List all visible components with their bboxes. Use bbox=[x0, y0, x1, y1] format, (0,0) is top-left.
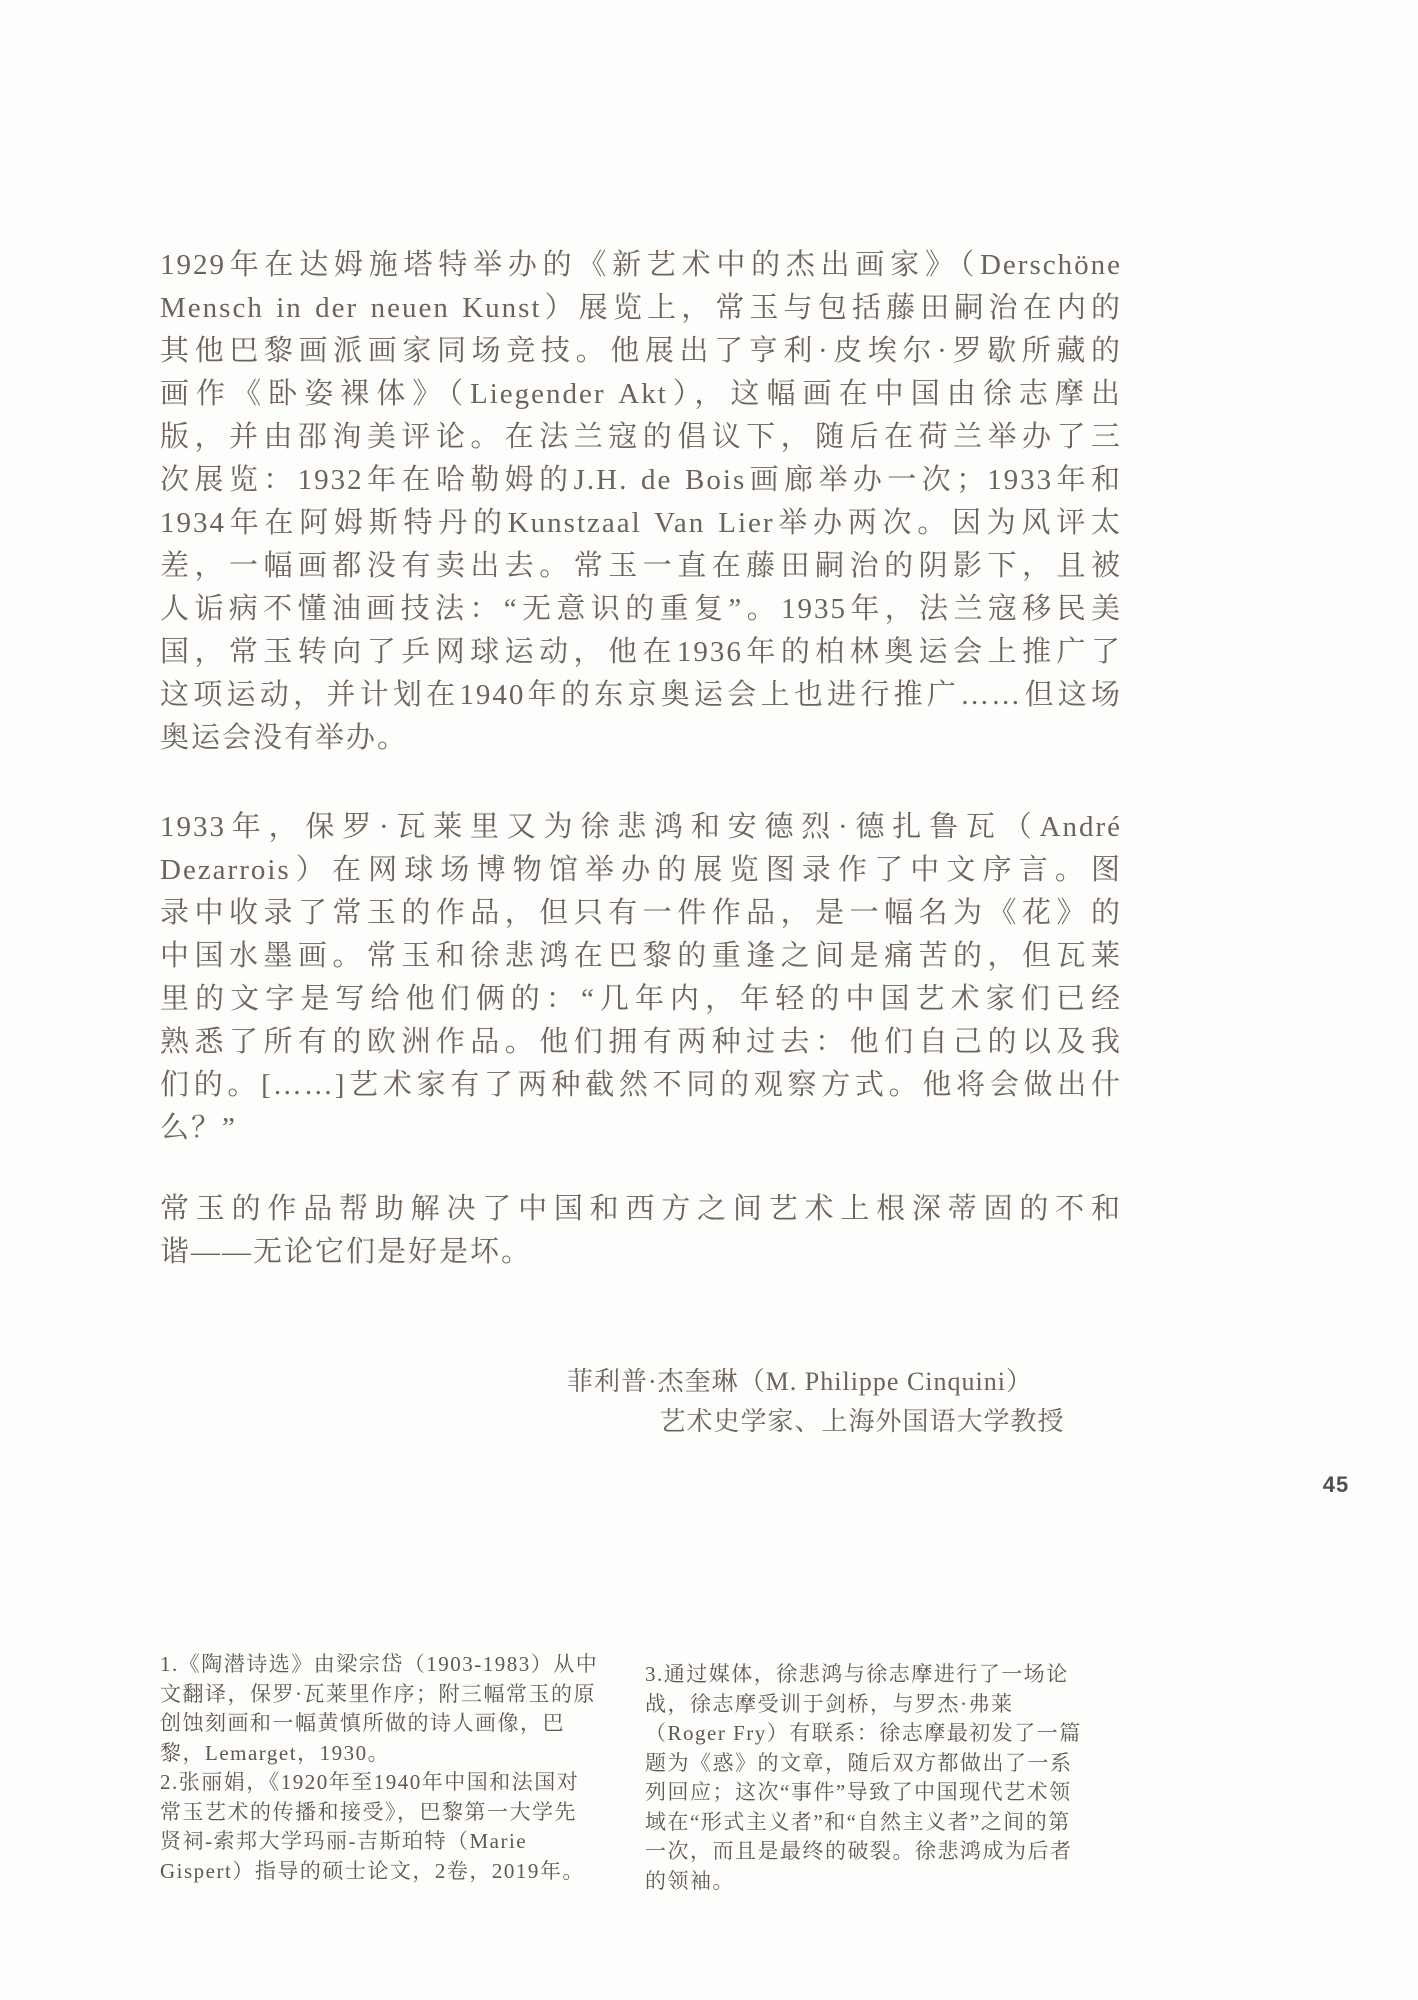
footnote-line: 的领袖。 bbox=[645, 1867, 1125, 1897]
footnote-line: Gispert）指导的硕士论文，2卷，2019年。 bbox=[160, 1857, 640, 1887]
paragraph-line: 国，常玉转向了乒网球运动，他在1936年的柏林奥运会上推广了 bbox=[160, 631, 1122, 674]
paragraph-line: 中国水墨画。常玉和徐悲鸿在巴黎的重逢之间是痛苦的，但瓦莱 bbox=[160, 935, 1122, 978]
author-name: 菲利普·杰奎琳（M. Philippe Cinquini） bbox=[520, 1362, 1080, 1402]
footnote-line: 3.通过媒体，徐悲鸿与徐志摩进行了一场论 bbox=[645, 1660, 1125, 1690]
footnote-line: 题为《惑》的文章，随后双方都做出了一系 bbox=[645, 1749, 1125, 1779]
footnote-line: 2.张丽娟，《1920年至1940年中国和法国对 bbox=[160, 1768, 640, 1798]
paragraph-line: 熟悉了所有的欧洲作品。他们拥有两种过去：他们自己的以及我 bbox=[160, 1021, 1122, 1064]
footnote-line: 域在“形式主义者”和“自然主义者”之间的第 bbox=[645, 1808, 1125, 1838]
footnote-line: 贤祠-索邦大学玛丽-吉斯珀特（Marie bbox=[160, 1827, 640, 1857]
paragraph-line: 奥运会没有举办。 bbox=[160, 717, 1122, 760]
page-number: 45 bbox=[1312, 1472, 1360, 1498]
paragraph-line: 画作《卧姿裸体》（Liegender Akt），这幅画在中国由徐志摩出 bbox=[160, 373, 1122, 416]
footnote-line: 一次，而且是最终的破裂。徐悲鸿成为后者 bbox=[645, 1837, 1125, 1867]
paragraph-line: 次展览：1932年在哈勒姆的J.H. de Bois画廊举办一次；1933年和 bbox=[160, 459, 1122, 502]
footnote-line: 列回应；这次“事件”导致了中国现代艺术领 bbox=[645, 1778, 1125, 1808]
paragraph-line: 其他巴黎画派画家同场竞技。他展出了亨利·皮埃尔·罗歇所藏的 bbox=[160, 330, 1122, 373]
footnote-line: 文翻译，保罗·瓦莱里作序；附三幅常玉的原 bbox=[160, 1680, 640, 1710]
paragraph-line: 1933年，保罗·瓦莱里又为徐悲鸿和安德烈·德扎鲁瓦（André bbox=[160, 806, 1122, 849]
paragraph-line: 这项运动，并计划在1940年的东京奥运会上也进行推广……但这场 bbox=[160, 674, 1122, 717]
paragraph-line: 录中收录了常玉的作品，但只有一件作品，是一幅名为《花》的 bbox=[160, 892, 1122, 935]
author-title: 艺术史学家、上海外国语大学教授 bbox=[582, 1402, 1142, 1442]
paragraph-line: Dezarrois）在网球场博物馆举办的展览图录作了中文序言。图 bbox=[160, 849, 1122, 892]
footnote-line: （Roger Fry）有联系：徐志摩最初发了一篇 bbox=[645, 1719, 1125, 1749]
paragraph-line: 差，一幅画都没有卖出去。常玉一直在藤田嗣治的阴影下，且被 bbox=[160, 545, 1122, 588]
footnotes-right-column: 3.通过媒体，徐悲鸿与徐志摩进行了一场论 战，徐志摩受训于剑桥，与罗杰·弗莱 （… bbox=[645, 1660, 1125, 1896]
paragraph-line: 里的文字是写给他们俩的：“几年内，年轻的中国艺术家们已经 bbox=[160, 978, 1122, 1021]
paragraph-line: Mensch in der neuen Kunst）展览上，常玉与包括藤田嗣治在… bbox=[160, 287, 1122, 330]
footnote-line: 常玉艺术的传播和接受》，巴黎第一大学先 bbox=[160, 1798, 640, 1828]
footnote-line: 战，徐志摩受训于剑桥，与罗杰·弗莱 bbox=[645, 1690, 1125, 1720]
paragraph-line: 们的。[……]艺术家有了两种截然不同的观察方式。他将会做出什 bbox=[160, 1064, 1122, 1107]
footnote-line: 创蚀刻画和一幅黄慎所做的诗人画像，巴 bbox=[160, 1709, 640, 1739]
paragraph-line: 1934年在阿姆斯特丹的Kunstzaal Van Lier举办两次。因为风评太 bbox=[160, 502, 1122, 545]
footnote-line: 黎，Lemarget，1930。 bbox=[160, 1739, 640, 1769]
paragraph-line: 人诟病不懂油画技法：“无意识的重复”。1935年，法兰寇移民美 bbox=[160, 588, 1122, 631]
paragraph-2: 1933年，保罗·瓦莱里又为徐悲鸿和安德烈·德扎鲁瓦（André Dezarro… bbox=[160, 806, 1122, 1150]
footnotes-left-column: 1.《陶潜诗选》由梁宗岱（1903-1983）从中 文翻译，保罗·瓦莱里作序；附… bbox=[160, 1650, 640, 1886]
paragraph-3: 常玉的作品帮助解决了中国和西方之间艺术上根深蒂固的不和 谐——无论它们是好是坏。 bbox=[160, 1188, 1122, 1274]
footnote-line: 1.《陶潜诗选》由梁宗岱（1903-1983）从中 bbox=[160, 1650, 640, 1680]
document-page: 1929年在达姆施塔特举办的《新艺术中的杰出画家》（Derschöne Mens… bbox=[0, 0, 1418, 2000]
paragraph-line: 么？” bbox=[160, 1107, 1122, 1150]
paragraph-1: 1929年在达姆施塔特举办的《新艺术中的杰出画家》（Derschöne Mens… bbox=[160, 244, 1122, 760]
paragraph-line: 1929年在达姆施塔特举办的《新艺术中的杰出画家》（Derschöne bbox=[160, 244, 1122, 287]
paragraph-line: 版，并由邵洵美评论。在法兰寇的倡议下，随后在荷兰举办了三 bbox=[160, 416, 1122, 459]
paragraph-line: 常玉的作品帮助解决了中国和西方之间艺术上根深蒂固的不和 bbox=[160, 1188, 1122, 1231]
paragraph-line: 谐——无论它们是好是坏。 bbox=[160, 1231, 1122, 1274]
